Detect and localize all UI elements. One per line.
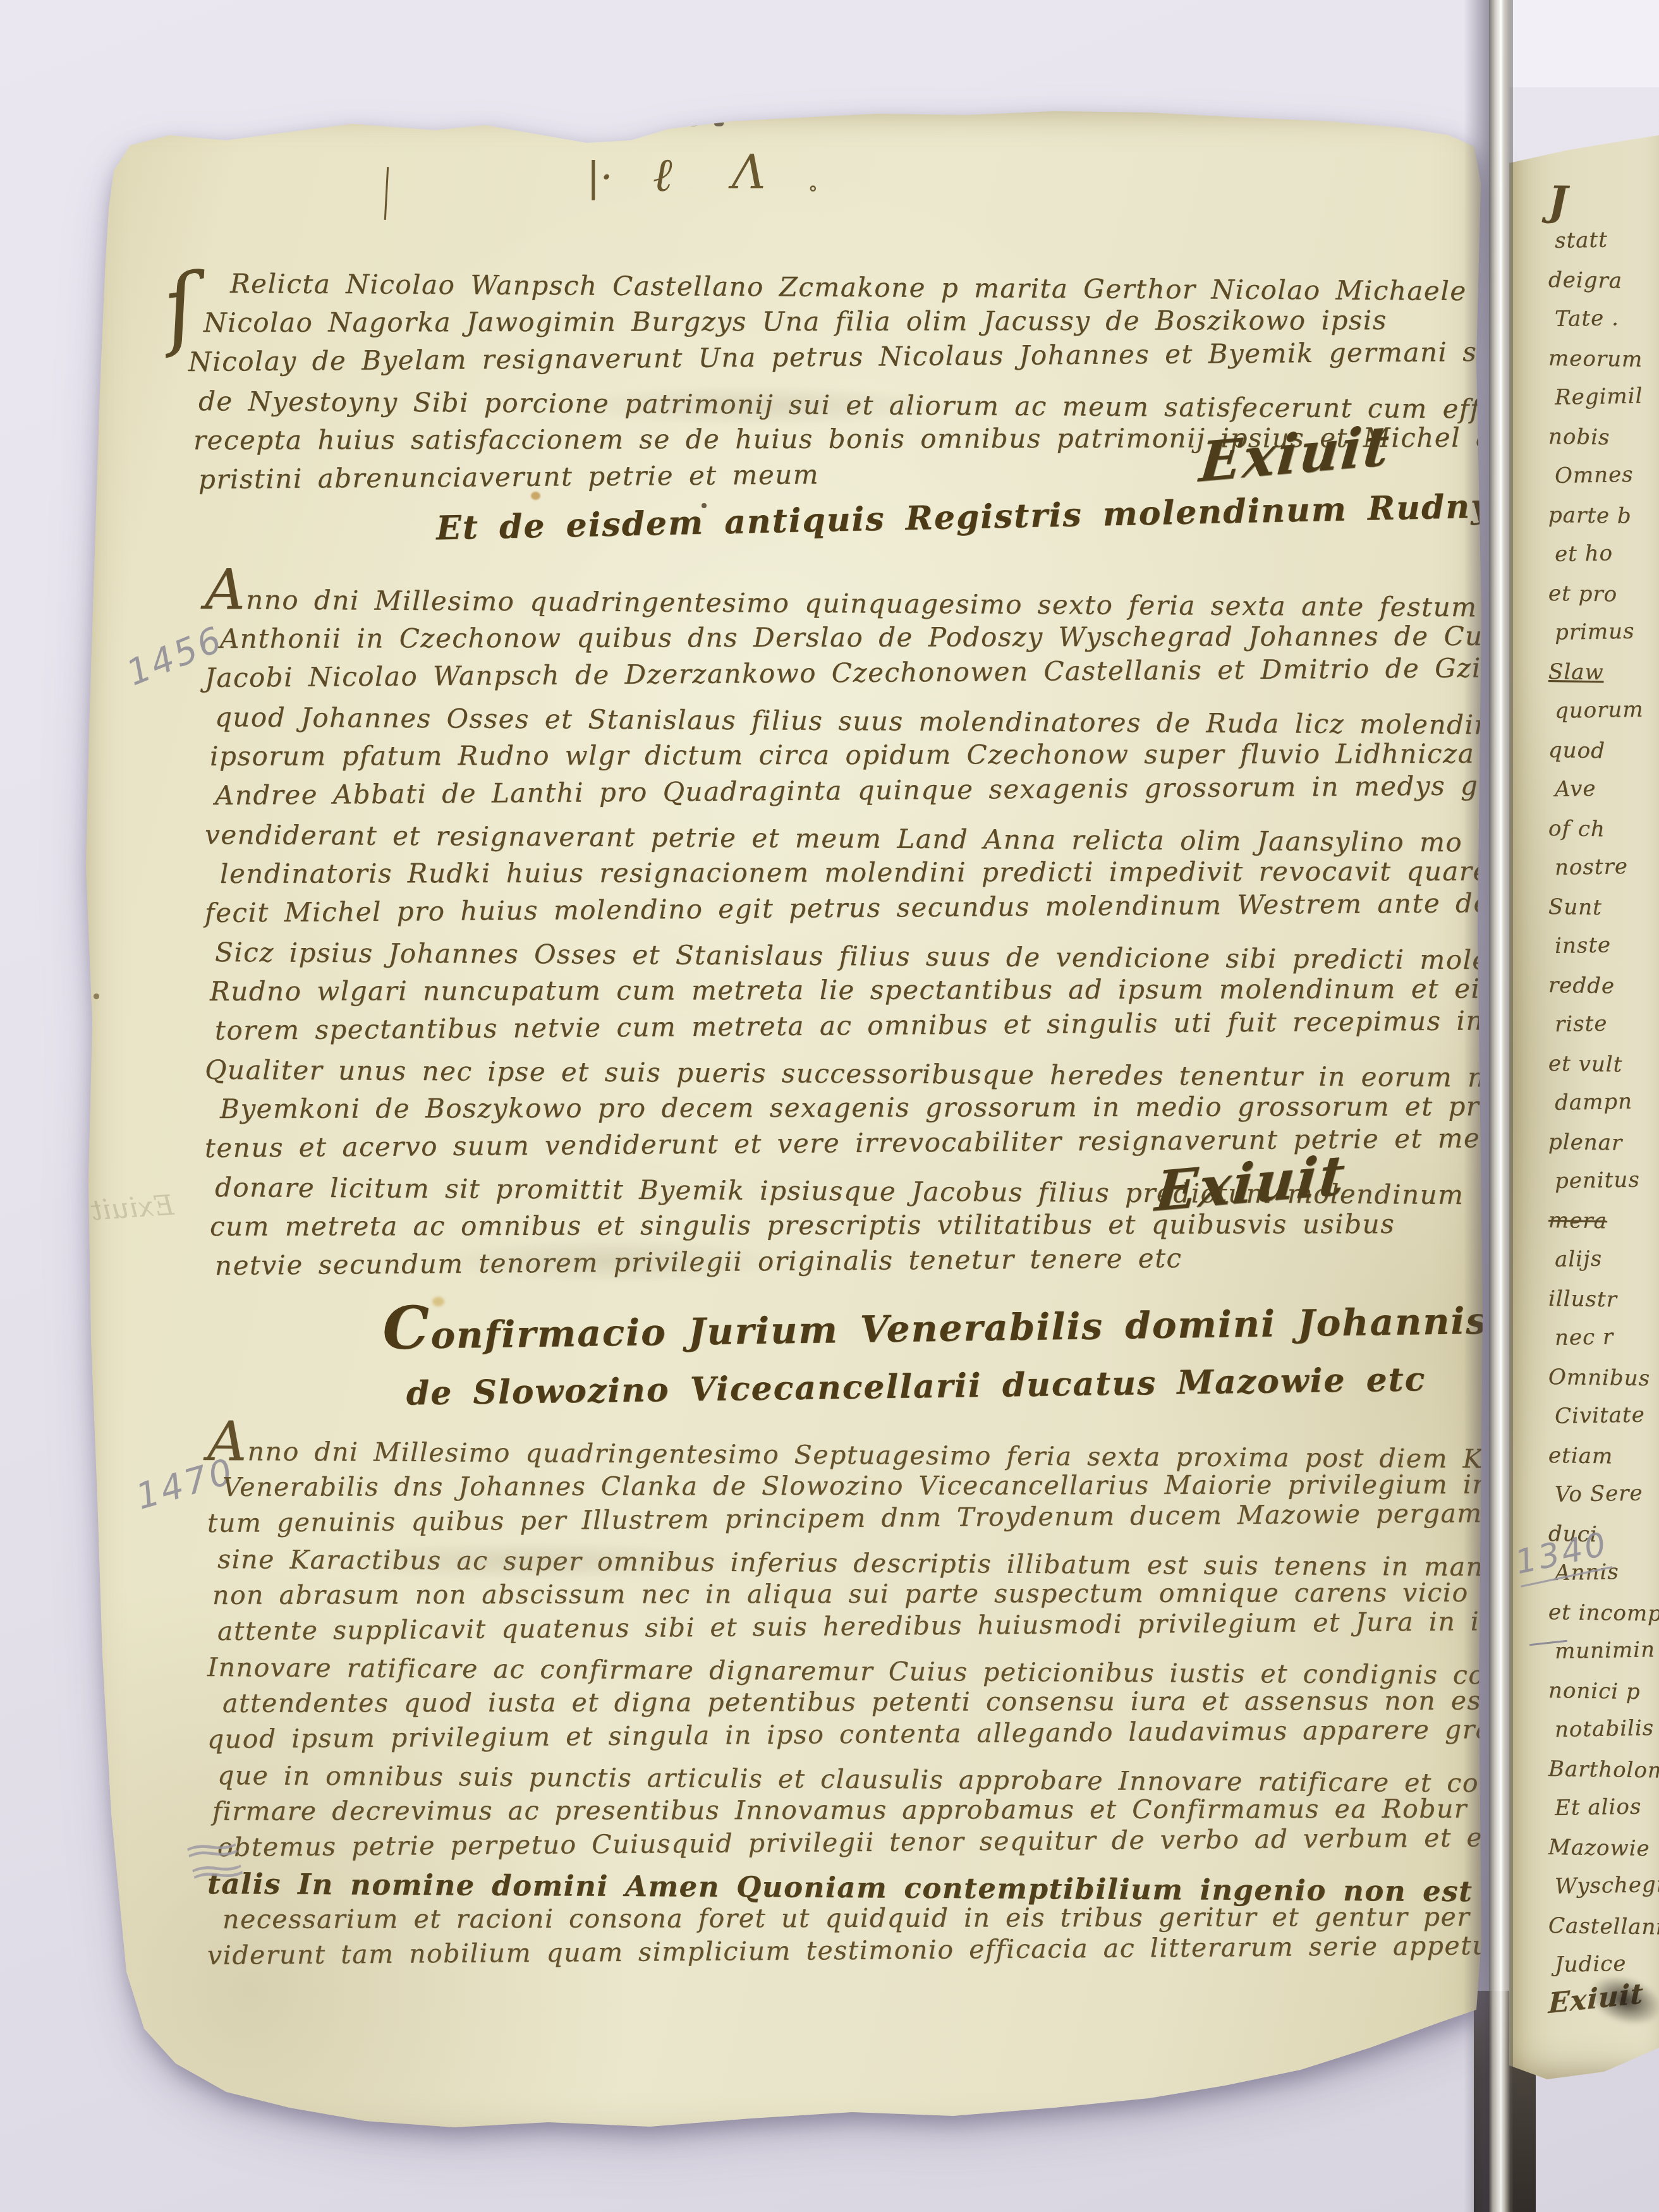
text-line-fragment: meorum [1548,339,1659,380]
recto-text-fragments: JstattdeigraTate .meorumRegimilnobisOmne… [1548,182,1659,2024]
text-line-fragment: illustr [1548,1279,1659,1320]
text-line-fragment: nobis [1548,417,1659,458]
pen-mark-ell: ℓ [653,148,672,203]
text-line-fragment: plenar [1548,1122,1659,1164]
manuscript-page-recto: JstattdeigraTate .meorumRegimilnobisOmne… [1509,75,1659,2079]
text-line-fragment: riste [1554,1003,1659,1044]
text-line-fragment: mera [1548,1201,1659,1242]
text-line-fragment: Sunt [1548,887,1659,928]
text-line-fragment: Et alios [1554,1787,1659,1828]
pen-mark-stroke [384,167,389,220]
text-line-fragment: inste [1554,925,1659,966]
text-line-fragment: etiam [1548,1436,1659,1477]
text-line-fragment: parte b [1548,495,1659,537]
text-line-fragment: dampn [1554,1081,1659,1122]
verso-page-wrap: |· ℓ Λ ∘ ſ Relicta Nicolao Wanpsch Caste… [81,107,1492,2155]
text-line-fragment: Bartholom [1548,1749,1659,1790]
text-line-fragment: Wyschegr [1554,1865,1659,1906]
ink-showthrough-note: Exiuit [90,1189,174,1227]
flyleaf-sheet [1509,0,1659,87]
text-line-fragment: alijs [1554,1238,1659,1279]
text-line-fragment: Omnes [1554,454,1659,495]
edge-smudge [683,118,699,126]
text-line-fragment: et pro [1548,574,1659,615]
stain [94,994,99,999]
text-line-fragment: deigra [1548,260,1659,301]
text-line-fragment: Ave [1554,768,1659,809]
text-line-fragment: J [1548,182,1659,223]
text-line-fragment: penitus [1554,1160,1659,1201]
pen-mark-lambda: Λ [732,145,765,200]
pen-mark-bar: |· [586,154,613,201]
text-line-fragment: notabilis [1554,1708,1659,1749]
text-line-fragment: nonici p [1548,1671,1659,1712]
pen-mark-circle: ∘ [808,176,818,201]
text-line-fragment: primus [1554,611,1659,652]
text-line-fragment: of ch [1548,809,1659,850]
text-line-fragment: Tate . [1554,298,1659,339]
text-line-fragment: Slaw [1548,652,1659,693]
text-line-fragment: nec r [1554,1316,1659,1358]
text-line-fragment: et ho [1554,533,1659,574]
manuscript-scan: |· ℓ Λ ∘ ſ Relicta Nicolao Wanpsch Caste… [0,0,1659,2212]
text-line-fragment: Omnibus [1548,1358,1659,1399]
text-line-fragment: quod [1548,731,1659,772]
entry-molendinum-text: Anno dni Millesimo quadringentesimo quin… [205,580,1659,1285]
margin-tilde-mark: ≈ ≈ [177,1837,253,1883]
text-line-fragment: Vo Sere [1554,1473,1659,1514]
entry-confirmacio-text: Anno dni Millesimo quadringentesimo Sept… [207,1433,1659,1974]
manuscript-page-verso: |· ℓ Λ ∘ ſ Relicta Nicolao Wanpsch Caste… [81,107,1492,2155]
text-line-fragment: et incomp [1548,1593,1659,1634]
text-line-fragment: munimin [1554,1630,1659,1671]
text-line-fragment: statt [1554,219,1659,260]
text-line-fragment: quorum [1554,690,1659,731]
text-line-fragment: Civitate [1554,1395,1659,1436]
text-line-fragment: Regimil [1554,376,1659,417]
text-line-fragment: Mazowie [1548,1828,1659,1869]
text-line-fragment: Castellani [1548,1906,1659,1947]
binding-film-strip [1489,0,1513,2212]
text-line-fragment: et vult [1548,1044,1659,1085]
edge-smudge [714,120,724,126]
text-line-fragment: nostre [1554,846,1659,887]
text-line-fragment: redde [1548,966,1659,1007]
